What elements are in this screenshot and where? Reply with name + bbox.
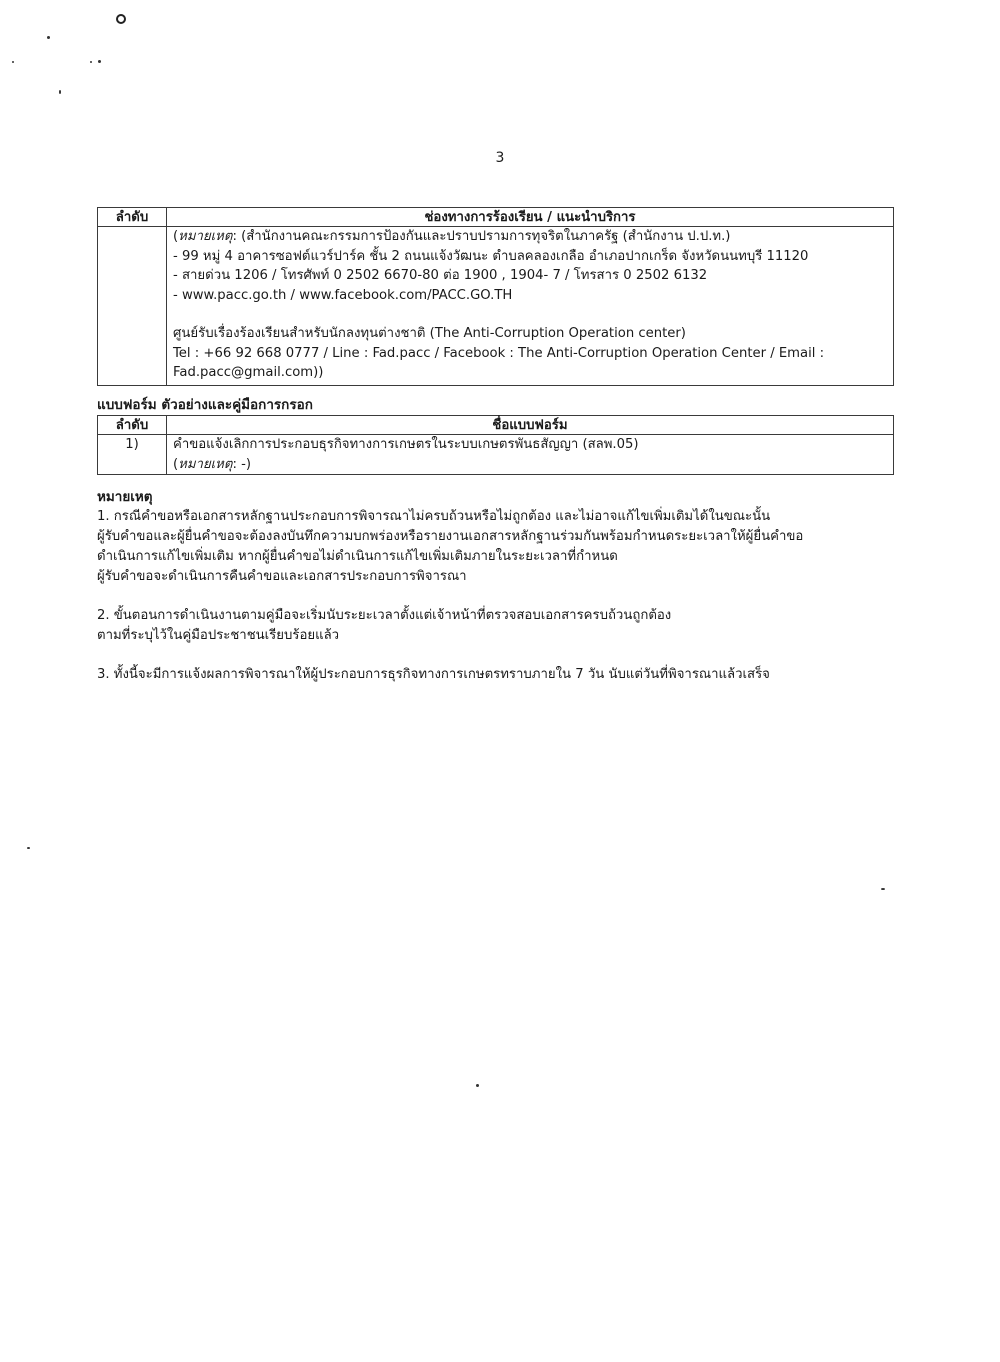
complaint-channels-table: ลำดับ ช่องทางการร้องเรียน / แนะนำบริการ … xyxy=(97,207,894,386)
table-header-row: ลำดับ ช่องทางการร้องเรียน / แนะนำบริการ xyxy=(98,208,894,227)
website-line[interactable]: - www.pacc.go.th / www.facebook.com/PACC… xyxy=(173,286,887,306)
table-row: 1) คำขอแจ้งเลิกการประกอบธุรกิจทางการเกษต… xyxy=(98,435,894,475)
scan-artifact-dot xyxy=(98,60,101,63)
page-number: 3 xyxy=(0,150,1000,166)
scan-artifact-dot xyxy=(12,61,14,63)
cell-channel-details: (หมายเหตุ: (สำนักงานคณะกรรมการป้องกันและ… xyxy=(167,227,894,386)
note-item-1: 1. กรณีคำขอหรือเอกสารหลักฐานประกอบการพิจ… xyxy=(97,507,897,587)
phone-line: - สายด่วน 1206 / โทรศัพท์ 0 2502 6670-80… xyxy=(173,266,887,286)
form-name[interactable]: คำขอแจ้งเลิกการประกอบธุรกิจทางการเกษตรใน… xyxy=(173,435,887,455)
scan-artifact-dot xyxy=(47,36,50,39)
forms-table: ลำดับ ชื่อแบบฟอร์ม 1) คำขอแจ้งเลิกการประ… xyxy=(97,415,894,475)
note-line: ผู้รับคำขอและผู้ยื่นคำขอจะต้องลงบันทึกคว… xyxy=(97,527,897,547)
foreign-investor-center-line: ศูนย์รับเรื่องร้องเรียนสำหรับนักลงทุนต่า… xyxy=(173,324,887,344)
scan-artifact-dot xyxy=(881,888,885,890)
note-line: ผู้รับคำขอจะดำเนินการคืนคำขอและเอกสารประ… xyxy=(97,567,897,587)
form-note: (หมายเหตุ: -) xyxy=(173,455,887,475)
column-header-no: ลำดับ xyxy=(98,208,167,227)
scan-artifact-dot xyxy=(90,61,92,63)
note-label: หมายเหตุ xyxy=(178,457,232,472)
table-header-row: ลำดับ ชื่อแบบฟอร์ม xyxy=(98,416,894,435)
cell-no: 1) xyxy=(98,435,167,475)
column-header-no: ลำดับ xyxy=(98,416,167,435)
note-item-2: 2. ขั้นตอนการดำเนินงานตามคู่มือจะเริ่มนั… xyxy=(97,606,897,646)
table-row: (หมายเหตุ: (สำนักงานคณะกรรมการป้องกันและ… xyxy=(98,227,894,386)
agency-line: (หมายเหตุ: (สำนักงานคณะกรรมการป้องกันและ… xyxy=(173,227,887,247)
note-line: 3. ทั้งนี้จะมีการแจ้งผลการพิจารณาให้ผู้ป… xyxy=(97,665,897,685)
cell-form-name: คำขอแจ้งเลิกการประกอบธุรกิจทางการเกษตรใน… xyxy=(167,435,894,475)
note-line: ดำเนินการแก้ไขเพิ่มเติม หากผู้ยื่นคำขอไม… xyxy=(97,547,897,567)
notes-section: หมายเหตุ 1. กรณีคำขอหรือเอกสารหลักฐานประ… xyxy=(97,487,897,704)
scan-artifact-dot xyxy=(27,847,30,849)
note-item-3: 3. ทั้งนี้จะมีการแจ้งผลการพิจารณาให้ผู้ป… xyxy=(97,665,897,685)
note-line: ตามที่ระบุไว้ในคู่มือประชาชนเรียบร้อยแล้… xyxy=(97,626,897,646)
scan-artifact-ring xyxy=(116,14,126,24)
column-header-form-name: ชื่อแบบฟอร์ม xyxy=(167,416,894,435)
forms-section-heading: แบบฟอร์ม ตัวอย่างและคู่มือการกรอก xyxy=(97,393,313,415)
scan-artifact-dot xyxy=(476,1084,479,1087)
column-header-channel: ช่องทางการร้องเรียน / แนะนำบริการ xyxy=(167,208,894,227)
notes-heading: หมายเหตุ xyxy=(97,487,897,507)
note-line: 2. ขั้นตอนการดำเนินงานตามคู่มือจะเริ่มนั… xyxy=(97,606,897,626)
note-label: หมายเหตุ xyxy=(178,229,232,244)
cell-no xyxy=(98,227,167,386)
scan-artifact-dot xyxy=(59,90,61,94)
center-contact-line[interactable]: Tel : +66 92 668 0777 / Line : Fad.pacc … xyxy=(173,344,887,383)
note-line: 1. กรณีคำขอหรือเอกสารหลักฐานประกอบการพิจ… xyxy=(97,507,897,527)
address-line: - 99 หมู่ 4 อาคารซอฟต์แวร์ปาร์ค ชั้น 2 ถ… xyxy=(173,247,887,267)
